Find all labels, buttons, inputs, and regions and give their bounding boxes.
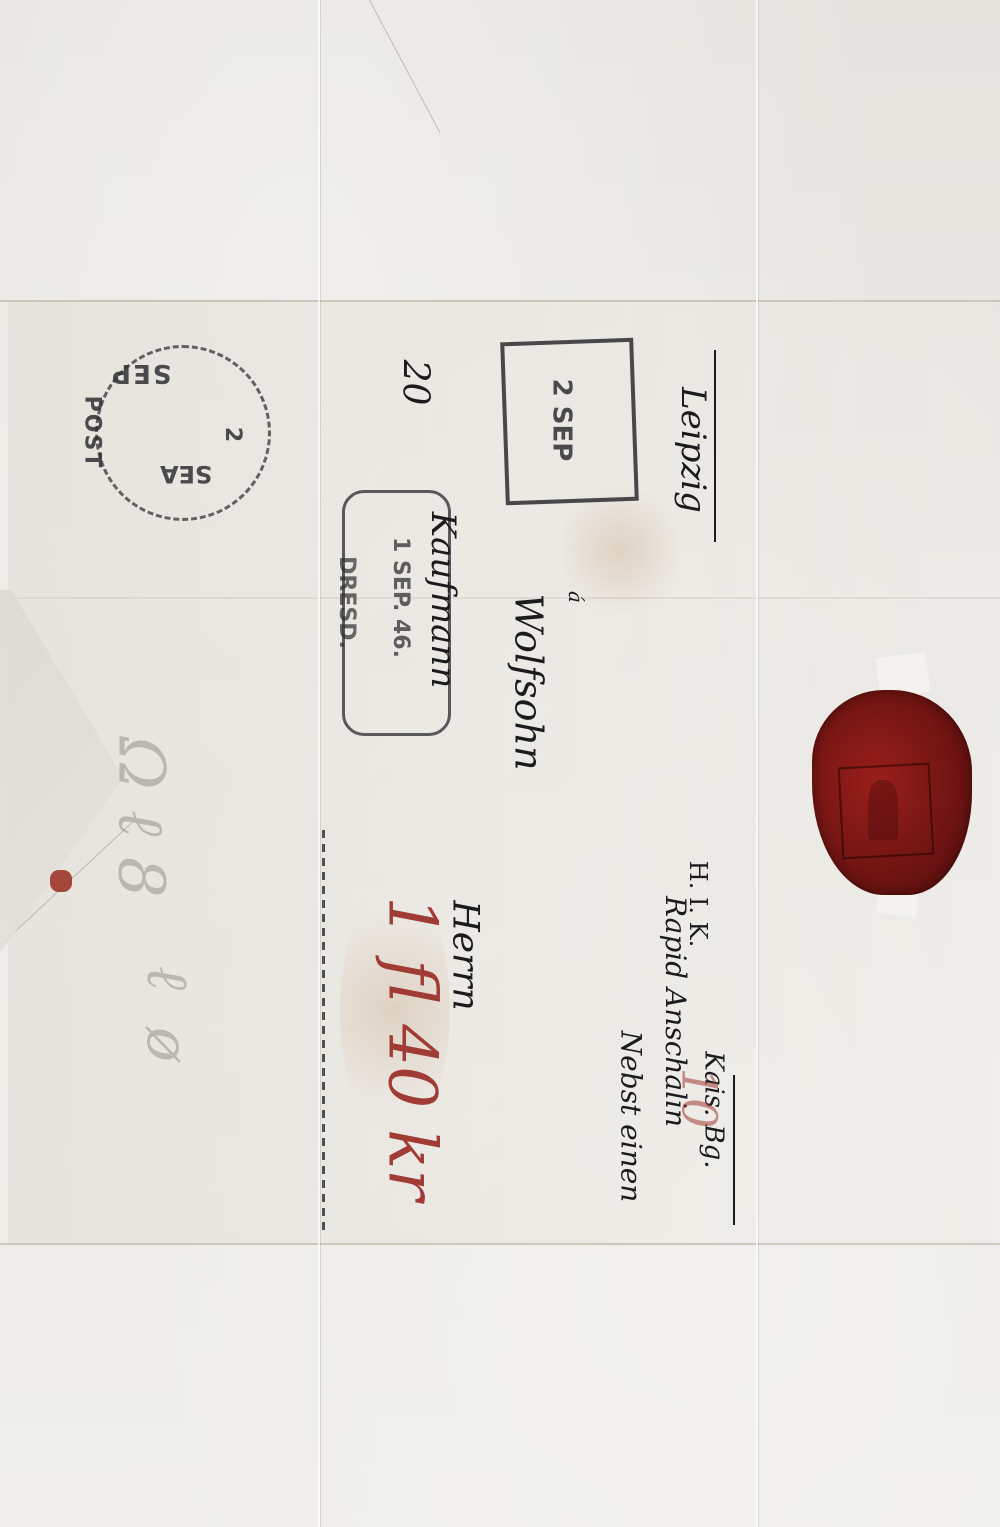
- bleed-through-writing: Ω ℓ 8: [104, 736, 178, 897]
- ink-dash-line: [322, 830, 325, 1230]
- fold-line-top: [0, 300, 1000, 302]
- address-line-herrn: Herrn: [445, 900, 486, 1010]
- oval-datestamp-town: DRESD.: [334, 556, 359, 649]
- cds-day: 2: [220, 427, 245, 442]
- red-seal-numeral: 10: [671, 1067, 727, 1128]
- destination-underline: [714, 350, 716, 542]
- oval-datestamp-date: 1 SEP. 46.: [388, 537, 413, 658]
- boxed-datestamp-day: 2: [546, 379, 576, 397]
- cds-month: SEP: [110, 358, 172, 388]
- charge-mark: 20: [394, 360, 435, 406]
- address-line-name: Wolfsohn: [506, 594, 550, 771]
- address-line-a: á: [564, 591, 588, 603]
- seal-figure-icon: [868, 780, 898, 840]
- routing-underline: [733, 1075, 735, 1225]
- destination-town: Leipzig: [673, 387, 713, 513]
- bleed-through-writing: ℓ ø: [134, 966, 202, 1062]
- cds-left-arc: POST: [79, 396, 104, 470]
- routing-line-3: H. I. K.: [684, 861, 712, 947]
- cds-bottom-arc: SEA: [160, 460, 212, 488]
- fold-line-middle: [0, 597, 1000, 599]
- fold-line-bottom: [0, 1243, 1000, 1245]
- address-line-kaufmann: Kaufmann: [423, 512, 463, 688]
- wax-fragment: [50, 870, 72, 892]
- fold-line-left: [318, 0, 320, 1527]
- boxed-datestamp-date: 2 SEP: [546, 379, 576, 462]
- routing-line-1: Nebst einen: [614, 1031, 647, 1203]
- red-rate-mark: 1 fl 40 kr: [374, 896, 451, 1200]
- boxed-datestamp-month: SEP: [546, 406, 576, 462]
- fold-line-right: [756, 0, 758, 1527]
